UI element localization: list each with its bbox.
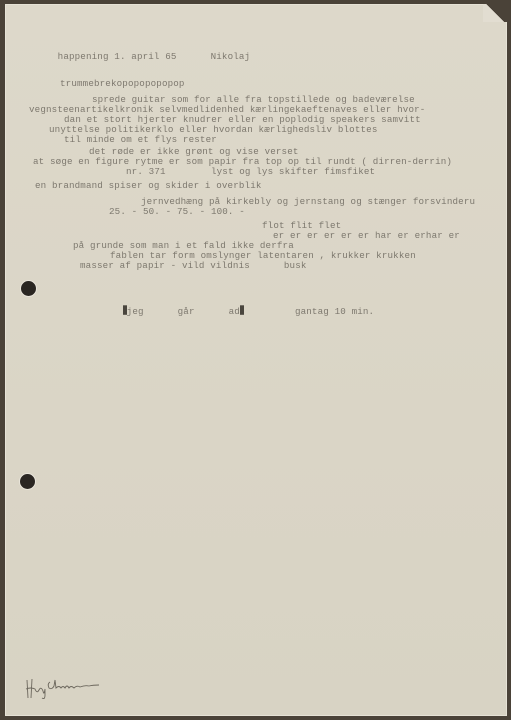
- signature: [23, 676, 103, 702]
- final-word-3: ad: [229, 306, 240, 316]
- folded-corner: [483, 4, 507, 22]
- typed-line: er er er er er er har er erhar er: [273, 231, 460, 241]
- punch-hole-bottom: [20, 474, 35, 489]
- final-line: jeg går ad gantag 10 min.: [100, 296, 374, 326]
- typed-line: nr. 371 lyst og lys skifter fimsfiket: [126, 167, 375, 177]
- document-header: happening 1. april 65 Nikolaj: [35, 43, 250, 72]
- typed-line: en brandmand spiser og skider i overblik: [35, 181, 262, 191]
- final-word-2: går: [178, 306, 195, 316]
- signature-icon: [23, 676, 103, 702]
- typed-line: masser af papir - vild vildnis busk: [80, 261, 307, 271]
- final-word-4: gantag 10 min.: [295, 306, 374, 316]
- final-word-1: jeg: [127, 306, 144, 316]
- document-page: happening 1. april 65 Nikolaj trummebrek…: [5, 4, 507, 716]
- typed-line: 25. - 50. - 75. - 100. -: [109, 207, 245, 217]
- typed-line: til minde om et flys rester: [64, 135, 217, 145]
- header-author: Nikolaj: [211, 51, 251, 61]
- header-title: happening 1. april 65: [58, 51, 177, 61]
- typed-line: trummebrekopopopopopop: [60, 79, 185, 89]
- punch-hole-top: [21, 281, 36, 296]
